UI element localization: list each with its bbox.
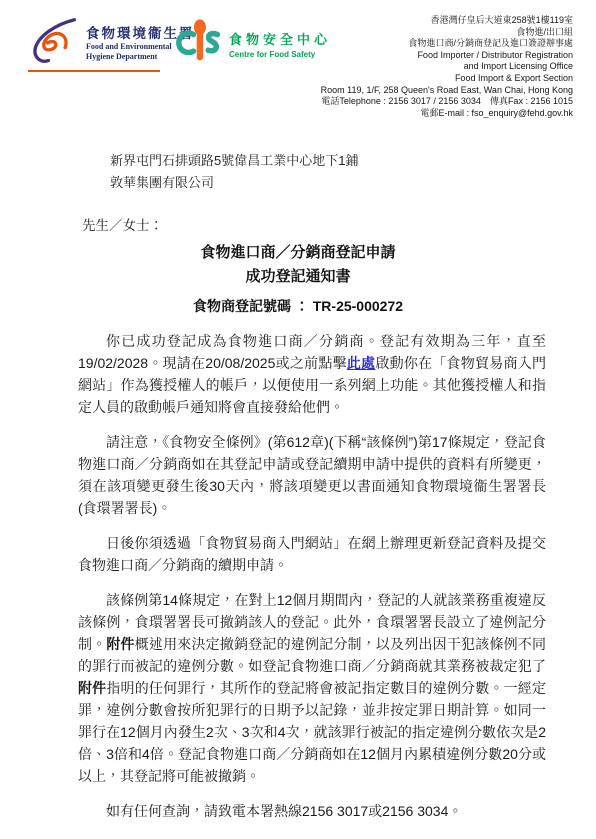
registration-number-line: 食物商登記號碼 ： TR-25-000272 (0, 296, 596, 316)
office-address-block: 香港灣仔皇后大道東258號1樓119室 食物進/出口組 食物進口商/分銷商登記及… (321, 15, 573, 119)
paragraph-demerit-points: 該條例第14條規定，在對上12個月期間內，登記的人就該業務重複違反該條例，食環署… (78, 589, 546, 787)
letter-body: 你已成功登記成為食物進口商／分銷商。登記有效期為三年，直至19/02/2028。… (78, 330, 546, 835)
registration-number-value: TR-25-000272 (313, 298, 403, 314)
office-line-office-en-1: Food Importer / Distributor Registration (321, 50, 573, 62)
cfs-name-en: Centre for Food Safety (229, 50, 331, 59)
cfs-logo: 食物安全中心 Centre for Food Safety (176, 18, 331, 69)
salutation: 先生／女士： (82, 214, 163, 234)
paragraph-portal-renewal: 日後你須透過「食物貿易商入門網站」在網上辦理更新登記資料及提交食物進口商／分銷商… (78, 532, 546, 576)
fehd-logo-underline (28, 70, 160, 72)
p4-annex-bold-1: 附件 (106, 636, 134, 652)
recipient-company: 敦華集團有限公司 (110, 172, 358, 194)
paragraph-section17-notice: 請注意，《食物安全條例》(第612章)(下稱“該條例”)第17條規定，登記食物進… (78, 431, 546, 519)
office-line-address-en: Room 119, 1/F, 258 Queen's Road East, Wa… (321, 85, 573, 97)
office-line-office-en-2: and Import Licensing Office (321, 61, 573, 73)
office-line-office-zh: 食物進口商/分銷商登記及進口簽證辦事處 (321, 38, 573, 50)
office-line-section-zh: 食物進/出口組 (321, 27, 573, 39)
office-line-email: 電郵E-mail : fso_enquiry@fehd.gov.hk (321, 108, 573, 120)
letter-title-line2: 成功登記通知書 (0, 265, 596, 289)
activate-account-here-link[interactable]: 此處 (347, 355, 376, 371)
office-line-phone-fax: 電話Telephone : 2156 3017 / 2156 3034 傳真Fa… (321, 96, 573, 108)
paragraph-enquiry-hotline: 如有任何查詢，請致電本署熱線2156 3017或2156 3034。 (78, 800, 546, 822)
recipient-block: 新界屯門石排頭路5號偉昌工業中心地下1鋪 敦華集團有限公司 (110, 150, 358, 194)
p4-text-3: 指明的任何罪行，其所作的登記將會被記指定數目的違例分數。一經定罪，違例分數會按所… (78, 680, 546, 784)
office-line-address-zh: 香港灣仔皇后大道東258號1樓119室 (321, 15, 573, 27)
letter-title-line1: 食物進口商／分銷商登記申請 (0, 241, 596, 265)
cfs-name-zh: 食物安全中心 (229, 29, 331, 48)
fehd-swoosh-icon (28, 16, 80, 73)
paragraph-registration-success: 你已成功登記成為食物進口商／分銷商。登記有效期為三年，直至19/02/2028。… (78, 330, 546, 418)
office-line-section-en: Food Import & Export Section (321, 73, 573, 85)
registration-number-label: 食物商登記號碼 ： (193, 298, 309, 314)
p4-annex-bold-2: 附件 (78, 680, 106, 696)
p4-text-2: 概述用來決定撤銷登記的違例記分制，以及列出因干犯該條例不同的罪行而被記的違例分數… (78, 636, 546, 674)
letter-title: 食物進口商／分銷商登記申請 成功登記通知書 (0, 241, 596, 289)
recipient-address: 新界屯門石排頭路5號偉昌工業中心地下1鋪 (110, 150, 358, 172)
cfs-mark-icon (176, 18, 222, 69)
letter-page: 食物環境衞生署 Food and Environmental Hygiene D… (0, 0, 596, 839)
fehd-logo: 食物環境衞生署 Food and Environmental Hygiene D… (28, 16, 195, 73)
